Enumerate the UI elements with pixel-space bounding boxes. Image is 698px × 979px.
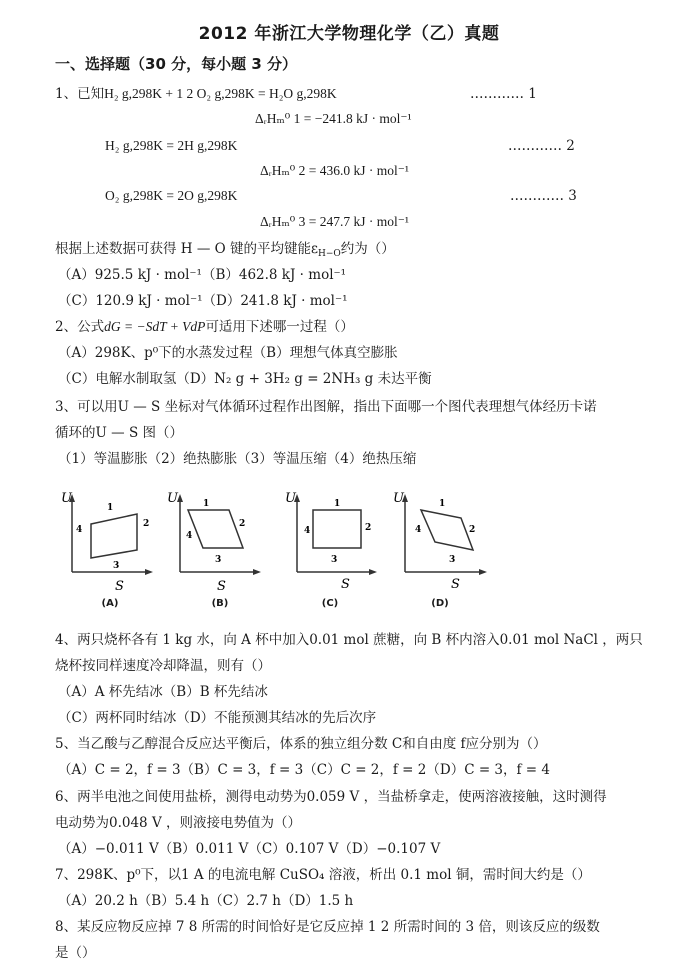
x-axis-label: S (115, 579, 124, 594)
q4-stem-line1: 4、两只烧杯各有 1 kg 水，向 A 杯中加入0.01 mol 蔗糖，向 B … (55, 631, 643, 649)
figure-d: U 1 2 3 4 S (D) (385, 480, 495, 620)
q1-stem-tail: 约为（） (341, 241, 395, 257)
edge-label-1: 1 (107, 503, 113, 513)
q2-options-ab: （A）298K、p⁰下的水蒸发过程（B）理想气体真空膨胀 (58, 344, 398, 362)
q2-stem: 2、公式dG = −SdT + VdP可适用下述哪一过程（） (55, 318, 354, 336)
figure-a: U 1 2 3 4 S (A) (55, 480, 165, 620)
y-axis-label: U (393, 491, 405, 506)
q1-reaction-1: 1、已知H₂ g,298K + 1 2 O₂ g,298K = H₂O g,29… (55, 85, 337, 103)
u-s-diagram-a: U 1 2 3 4 S (55, 480, 165, 600)
q6-stem-line1: 6、两半电池之间使用盐桥，测得电动势为0.059 V ，当盐桥拿走，使两溶液接触… (55, 788, 607, 806)
x-axis-label: S (341, 577, 350, 592)
document-title: 2012 年浙江大学物理化学（乙）真题 (0, 19, 698, 44)
edge-label-2: 2 (469, 525, 475, 535)
q1-intro: 1、已知 (55, 86, 104, 102)
figure-b-caption: (B) (165, 598, 275, 609)
q1-stem-text: 根据上述数据可获得 H — O 键的平均键能ε (55, 241, 318, 257)
edge-label-3: 3 (113, 561, 119, 571)
edge-label-3: 3 (331, 555, 337, 565)
q1-reaction-3-enthalpy: ΔᵣHₘ⁰ 3 = 247.7 kJ · mol⁻¹ (260, 213, 409, 231)
q4-options-ab: （A）A 杯先结冰（B）B 杯先结冰 (58, 683, 268, 701)
edge-label-3: 3 (449, 555, 455, 565)
section-heading: 一、选择题（30 分，每小题 3 分） (55, 53, 297, 74)
edge-label-1: 1 (439, 499, 445, 509)
q8-stem-line1: 8、某反应物反应掉 7 8 所需的时间恰好是它反应掉 1 2 所需时间的 3 倍… (55, 918, 600, 936)
edge-label-3: 3 (215, 555, 221, 565)
q6-options: （A）−0.011 V（B）0.011 V（C）0.107 V（D）−0.107… (58, 840, 440, 858)
q1-reaction-2-tag: ………… 2 (508, 137, 575, 155)
figure-a-caption: (A) (55, 598, 165, 609)
figure-b: U 1 2 3 4 S (B) (165, 480, 275, 620)
u-s-diagram-d: U 1 2 3 4 S (385, 480, 495, 600)
figure-c: U 1 2 3 4 S (C) (275, 480, 385, 620)
u-s-diagram-b: U 1 2 3 4 S (165, 480, 275, 600)
q2-stem-tail: 可适用下述哪一过程（） (205, 319, 354, 335)
q5-stem: 5、当乙酸与乙醇混合反应达平衡后，体系的独立组分数 C和自由度 f应分别为（） (55, 735, 547, 753)
q1-stem-subscript: H−O (318, 249, 341, 259)
edge-label-2: 2 (143, 519, 149, 529)
x-axis-label: S (451, 577, 460, 592)
u-s-diagram-c: U 1 2 3 4 S (275, 480, 385, 600)
x-axis-label: S (217, 579, 226, 594)
q2-options-cd: （C）电解水制取氢（D）N₂ g + 3H₂ g = 2NH₃ g 未达平衡 (58, 370, 432, 388)
y-axis-label: U (167, 491, 179, 506)
q1-stem: 根据上述数据可获得 H — O 键的平均键能εH−O约为（） (55, 240, 395, 263)
q3-stem-line1: 3、可以用U — S 坐标对气体循环过程作出图解，指出下面哪一个图代表理想气体经… (55, 398, 597, 416)
figure-c-caption: (C) (275, 598, 385, 609)
q3-stem-line2: 循环的U — S 图（） (55, 424, 183, 442)
q1-reaction-2-equation: H₂ g,298K = 2H g,298K (105, 137, 237, 155)
q7-options: （A）20.2 h（B）5.4 h（C）2.7 h（D）1.5 h (58, 892, 353, 910)
edge-label-1: 1 (203, 499, 209, 509)
edge-label-4: 4 (415, 525, 421, 535)
figure-d-caption: (D) (385, 598, 495, 609)
edge-label-4: 4 (186, 531, 192, 541)
q1-options-cd: （C）120.9 kJ · mol⁻¹（D）241.8 kJ · mol⁻¹ (58, 292, 348, 310)
edge-label-4: 4 (76, 525, 82, 535)
q4-options-cd: （C）两杯同时结冰（D）不能预测其结冰的先后次序 (58, 709, 376, 727)
q3-steps: （1）等温膨胀（2）绝热膨胀（3）等温压缩（4）绝热压缩 (58, 450, 416, 468)
q1-reaction-3-equation: O₂ g,298K = 2O g,298K (105, 187, 237, 205)
y-axis-label: U (285, 491, 297, 506)
q6-stem-line2: 电动势为0.048 V ，则液接电势值为（） (55, 814, 301, 832)
q3-figures: U 1 2 3 4 S (A) U 1 2 3 4 S (B) (55, 480, 495, 620)
q5-options: （A）C = 2，f = 3（B）C = 3，f = 3（C）C = 2，f =… (58, 761, 550, 779)
edge-label-1: 1 (334, 499, 340, 509)
q1-reaction-3-tag: ………… 3 (510, 187, 577, 205)
q8-stem-line2: 是（） (55, 944, 96, 962)
edge-label-2: 2 (239, 519, 245, 529)
q1-options-ab: （A）925.5 kJ · mol⁻¹（B）462.8 kJ · mol⁻¹ (58, 266, 346, 284)
edge-label-2: 2 (365, 523, 371, 533)
q2-stem-prefix: 2、公式 (55, 319, 104, 335)
q1-reaction-1-tag: ………… 1 (470, 85, 537, 103)
q1-reaction-1-equation: H₂ g,298K + 1 2 O₂ g,298K = H₂O g,298K (104, 86, 337, 101)
q2-formula: dG = −SdT + VdP (104, 319, 205, 334)
q7-stem: 7、298K、p⁰下，以1 A 的电流电解 CuSO₄ 溶液，析出 0.1 mo… (55, 866, 591, 884)
q4-stem-line2: 烧杯按同样速度冷却降温，则有（） (55, 657, 271, 675)
edge-label-4: 4 (304, 526, 310, 536)
q1-reaction-1-enthalpy: ΔᵣHₘ⁰ 1 = −241.8 kJ · mol⁻¹ (255, 110, 412, 128)
q1-reaction-2-enthalpy: ΔᵣHₘ⁰ 2 = 436.0 kJ · mol⁻¹ (260, 162, 409, 180)
